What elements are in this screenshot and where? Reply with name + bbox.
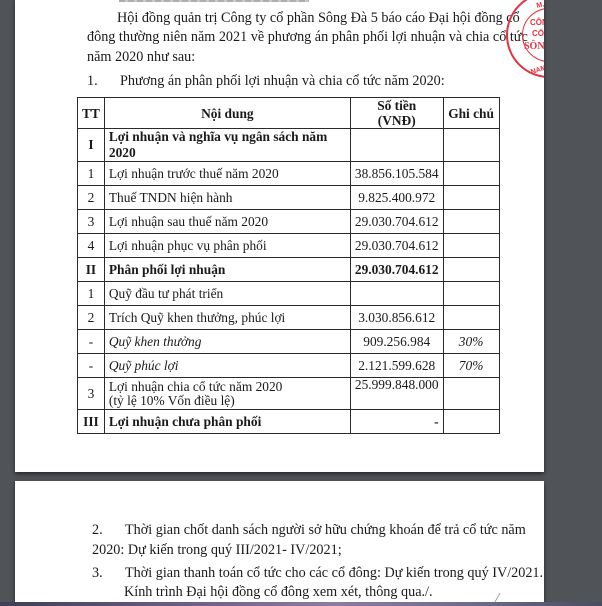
section-1-heading: 1.Phương án phân phối lợi nhuận và chia … (87, 72, 445, 92)
cell-content: Thuế TNDN hiện hành (104, 186, 350, 210)
item-2-text: Thời gian chốt danh sách người sở hữu ch… (125, 522, 526, 538)
cell-tt: - (78, 330, 105, 354)
cell-tt: - (78, 354, 105, 378)
cell-amount: 29.030.704.612 (350, 210, 443, 234)
cell-note (443, 234, 499, 258)
closing-line: Kính trình Đại hội đồng cổ đông xem xét,… (124, 583, 433, 603)
item-3-line-1: 3.Thời gian thanh toán cổ tức cho các cổ… (92, 564, 543, 584)
clipped-text-line (119, 0, 309, 2)
header-amount-line2: (VNĐ) (378, 113, 416, 128)
cell-amount: 909.256.984 (350, 330, 443, 354)
cell-tt: 1 (78, 162, 105, 186)
cell-note: 30% (443, 330, 499, 354)
cell-tt: 1 (78, 282, 105, 306)
table-row: -Quỹ phúc lợi2.121.599.62870% (78, 354, 500, 378)
seal-ring-top-text: M.S.D.N:0100882 (536, 0, 544, 10)
cell-note (443, 210, 499, 234)
cell-note (443, 282, 499, 306)
cell-amount: - (350, 410, 443, 434)
cell-note (443, 306, 499, 330)
cell-tt: I (78, 129, 105, 162)
header-content: Nội dung (104, 98, 350, 129)
cell-amount: 3.030.856.612 (350, 306, 443, 330)
cell-note (443, 162, 499, 186)
cell-tt: 2 (78, 186, 105, 210)
section-title: Phương án phân phối lợi nhuận và chia cổ… (120, 73, 445, 89)
cell-tt: III (78, 410, 105, 434)
cell-content: Lợi nhuận chia cổ tức năm 2020(tỷ lệ 10%… (104, 378, 350, 410)
table-row: 1Quỹ đầu tư phát triển (78, 282, 500, 306)
seal-line-2: CỔ PHẦ (532, 29, 544, 38)
cell-note (443, 410, 499, 434)
table-row: 3Lợi nhuận chia cổ tức năm 2020(tỷ lệ 10… (78, 378, 500, 410)
header-note: Ghi chú (443, 98, 499, 129)
table-row: 4Lợi nhuận phục vụ phân phối29.030.704.6… (78, 234, 500, 258)
table-header-row: TT Nội dung Số tiền(VNĐ) Ghi chú (78, 98, 500, 129)
seal-line-3: SÔNG Đ (524, 41, 544, 52)
cell-tt: 3 (78, 378, 105, 410)
cell-note (443, 258, 499, 282)
cell-tt: II (78, 258, 105, 282)
header-amount: Số tiền(VNĐ) (350, 98, 443, 129)
cell-tt: 3 (78, 210, 105, 234)
cell-amount: 2.121.599.628 (350, 354, 443, 378)
cell-content: Lợi nhuận trước thuế năm 2020 (104, 162, 350, 186)
cell-content: Lợi nhuận sau thuế năm 2020 (104, 210, 350, 234)
cell-content: Quỹ khen thưởng (104, 330, 350, 354)
item-3-text: Thời gian thanh toán cổ tức cho các cổ đ… (125, 565, 543, 581)
cell-content: Quỹ phúc lợi (104, 354, 350, 378)
item-2-line-2: 2020: Dự kiến trong quý III/2021- IV/202… (92, 541, 342, 561)
header-amount-line1: Số tiền (377, 98, 416, 113)
table-row: IIILợi nhuận chưa phân phối- (78, 410, 500, 434)
cell-amount: 38.856.105.584 (350, 162, 443, 186)
intro-line-2: đông thường niên năm 2021 về phương án p… (87, 28, 528, 48)
cell-amount: 29.030.704.612 (350, 258, 443, 282)
cell-note (443, 129, 499, 162)
table-row: -Quỹ khen thưởng909.256.98430% (78, 330, 500, 354)
cell-content: Phân phối lợi nhuận (104, 258, 350, 282)
intro-line-3: năm 2020 như sau: (87, 48, 195, 68)
cell-tt: 4 (78, 234, 105, 258)
cell-amount: 29.030.704.612 (350, 234, 443, 258)
cell-note: 70% (443, 354, 499, 378)
cell-content-line2: (tỷ lệ 10% Vốn điều lệ) (109, 393, 235, 408)
profit-distribution-table: TT Nội dung Số tiền(VNĐ) Ghi chú ILợi nh… (77, 97, 500, 434)
taskbar-strip (0, 602, 602, 606)
table-body: ILợi nhuận và nghĩa vụ ngân sách năm 202… (78, 129, 500, 434)
intro-line-1: Hội đồng quản trị Công ty cổ phần Sông Đ… (117, 9, 520, 29)
cell-content-line1: Lợi nhuận chia cổ tức năm 2020 (109, 379, 283, 394)
cell-content: Trích Quỹ khen thưởng, phúc lợi (104, 306, 350, 330)
seal-line-1: CÔNG T (530, 18, 544, 27)
item-2-line-1: 2.Thời gian chốt danh sách người sở hữu … (92, 521, 526, 541)
table-row: 3Lợi nhuận sau thuế năm 202029.030.704.6… (78, 210, 500, 234)
item-2-number: 2. (92, 521, 125, 541)
cell-content: Lợi nhuận phục vụ phân phối (104, 234, 350, 258)
document-page-1: Hội đồng quản trị Công ty cổ phần Sông Đ… (15, 0, 544, 472)
table-row: 1Lợi nhuận trước thuế năm 202038.856.105… (78, 162, 500, 186)
table-row: ILợi nhuận và nghĩa vụ ngân sách năm 202… (78, 129, 500, 162)
item-3-number: 3. (92, 564, 125, 584)
cell-content: Lợi nhuận và nghĩa vụ ngân sách năm 2020 (104, 129, 350, 162)
table-row: IIPhân phối lợi nhuận29.030.704.612 (78, 258, 500, 282)
header-tt: TT (78, 98, 105, 129)
cell-content: Quỹ đầu tư phát triển (104, 282, 350, 306)
document-page-2: 2.Thời gian chốt danh sách người sở hữu … (15, 481, 544, 606)
cell-tt: 2 (78, 306, 105, 330)
section-number: 1. (87, 72, 120, 92)
cell-note (443, 378, 499, 410)
cell-amount (350, 282, 443, 306)
cell-content: Lợi nhuận chưa phân phối (104, 410, 350, 434)
cell-note (443, 186, 499, 210)
cell-amount: 9.825.400.972 (350, 186, 443, 210)
table-row: 2Trích Quỹ khen thưởng, phúc lợi3.030.85… (78, 306, 500, 330)
cell-amount: 25.999.848.000 (350, 378, 443, 410)
company-seal: M.S.D.N:0100882 CÔNG T CỔ PHẦ SÔNG Đ NAM… (506, 0, 544, 78)
table-row: 2Thuế TNDN hiện hành9.825.400.972 (78, 186, 500, 210)
cell-amount (350, 129, 443, 162)
